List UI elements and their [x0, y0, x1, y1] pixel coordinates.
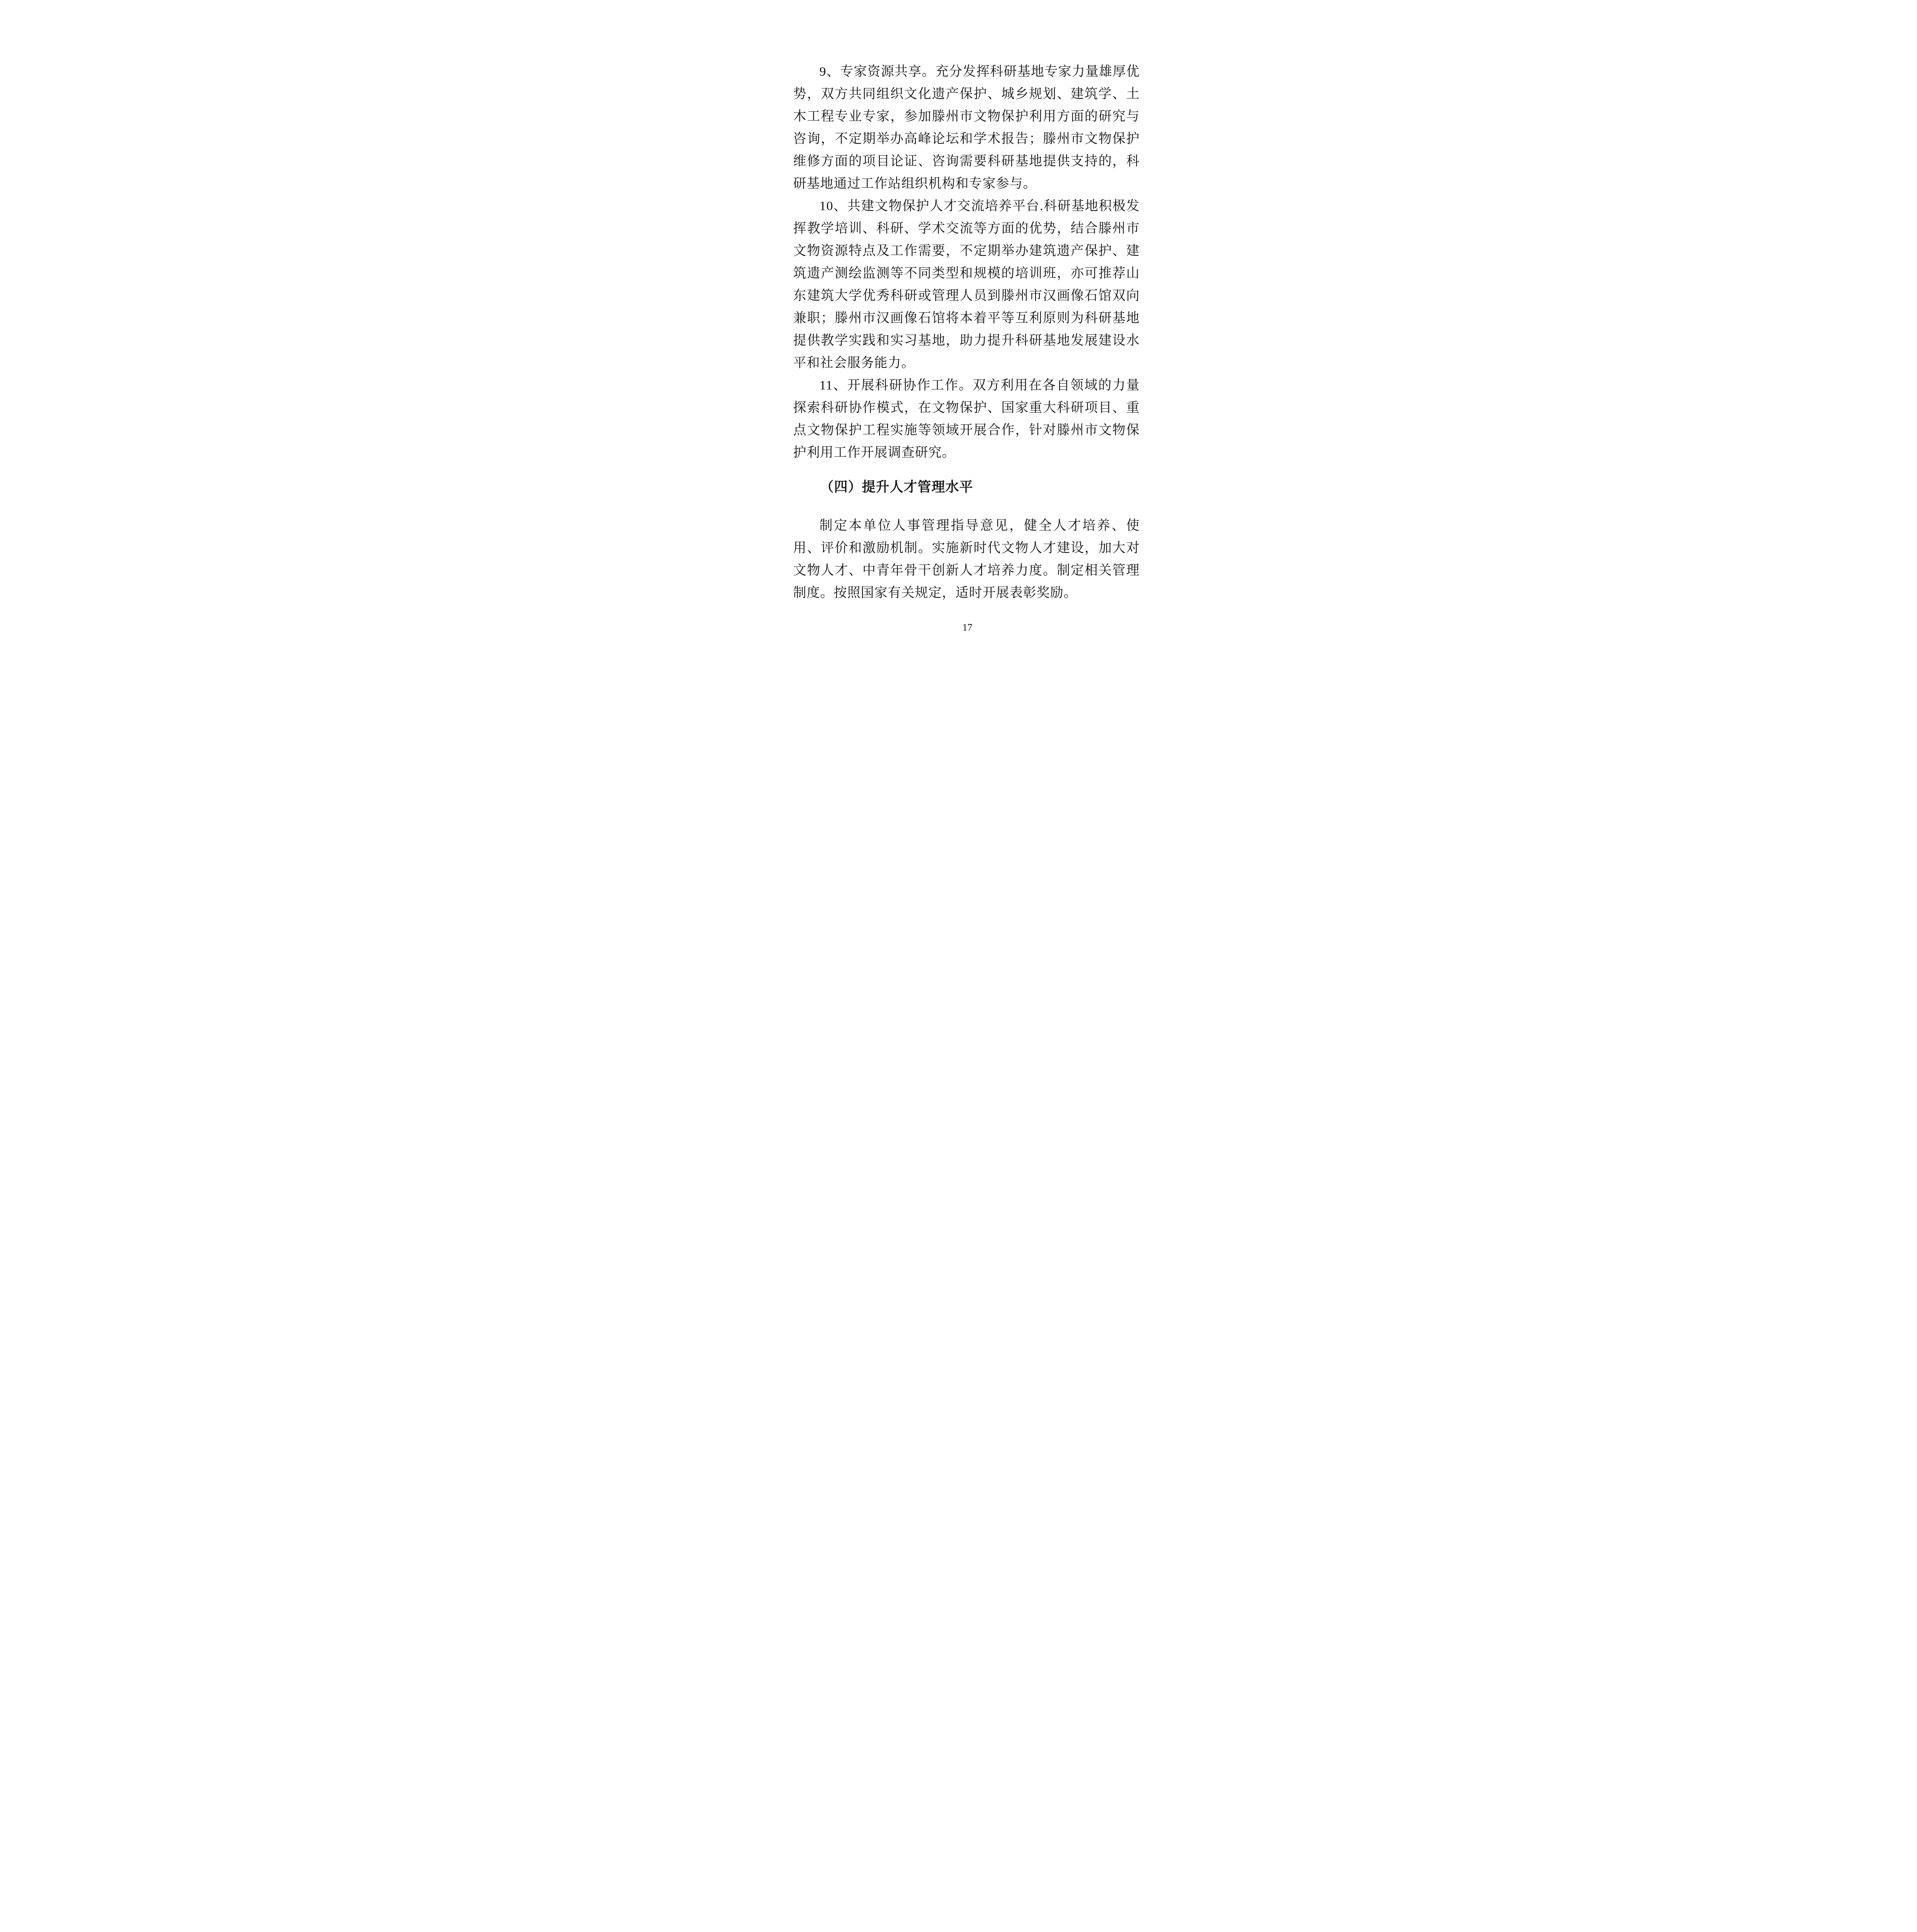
paragraph-item-11: 11、开展科研协作工作。双方利用在各自领域的力量探索科研协作模式，在文物保护、国…	[793, 374, 1140, 464]
document-content: 9、专家资源共享。充分发挥科研基地专家力量雄厚优势，双方共同组织文化遗产保护、城…	[793, 61, 1140, 604]
paragraph-hr-management: 制定本单位人事管理指导意见，健全人才培养、使用、评价和激励机制。实施新时代文物人…	[793, 515, 1140, 604]
paragraph-item-9: 9、专家资源共享。充分发挥科研基地专家力量雄厚优势，双方共同组织文化遗产保护、城…	[793, 61, 1140, 195]
page-number: 17	[728, 621, 1198, 634]
section-heading-4: （四）提升人才管理水平	[793, 476, 1140, 498]
document-page: 9、专家资源共享。充分发挥科研基地专家力量雄厚优势，双方共同组织文化遗产保护、城…	[719, 0, 1198, 678]
paragraph-item-10: 10、共建文物保护人才交流培养平台.科研基地积极发挥教学培训、科研、学术交流等方…	[793, 195, 1140, 374]
